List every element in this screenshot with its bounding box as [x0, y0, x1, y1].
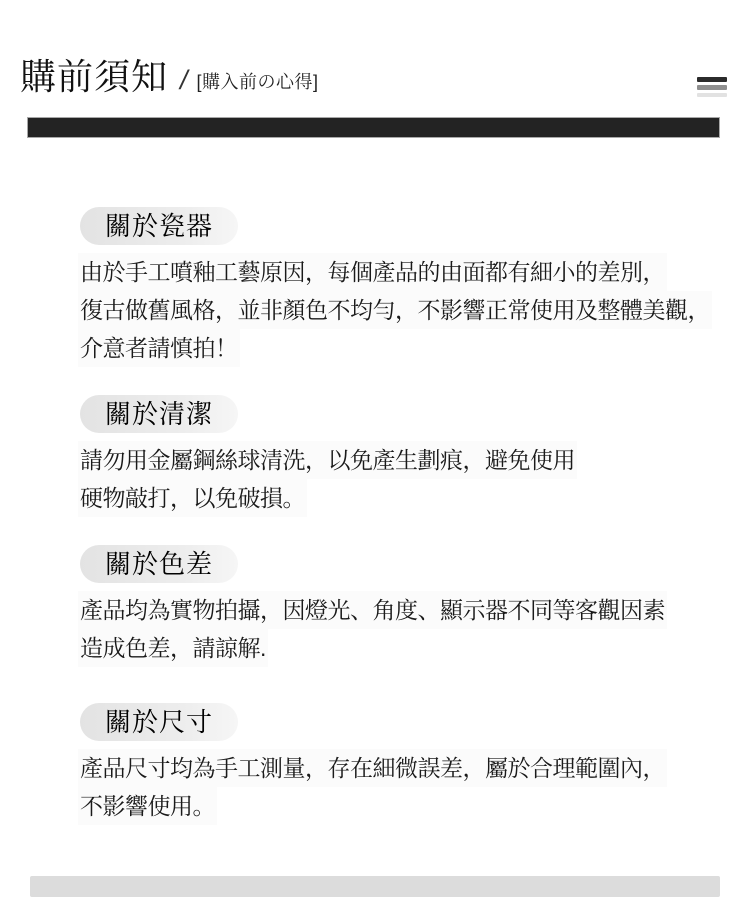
section-label-color-difference: 關於色差: [80, 545, 238, 583]
section-porcelain: 關於瓷器 由於手工噴釉工藝原因，每個產品的由面都有細小的差別， 復古做舊風格，並…: [78, 207, 720, 367]
page-subtitle: [購入前の心得]: [197, 68, 319, 94]
section-cleaning: 關於清潔 請勿用金屬鋼絲球清洗，以免產生劃痕，避免使用 硬物敲打，以免破損。: [78, 395, 720, 517]
black-divider-bar: [27, 117, 720, 138]
menu-icon-bar-bottom: [697, 85, 727, 90]
menu-icon[interactable]: [697, 77, 727, 93]
text-line: 由於手工噴釉工藝原因，每個產品的由面都有細小的差別，: [78, 253, 667, 291]
section-label-cleaning: 關於清潔: [80, 395, 238, 433]
footer-gray-bar: [30, 876, 720, 897]
section-label-porcelain: 關於瓷器: [80, 207, 238, 245]
section-text-dimensions: 產品尺寸均為手工測量，存在細微誤差，屬於合理範圍內， 不影響使用。: [78, 749, 720, 825]
page-header: 購前須知 / [購入前の心得]: [20, 55, 690, 99]
section-dimensions: 關於尺寸 產品尺寸均為手工測量，存在細微誤差，屬於合理範圍內， 不影響使用。: [78, 703, 720, 825]
section-label-dimensions: 關於尺寸: [80, 703, 238, 741]
page-title: 購前須知: [20, 55, 168, 99]
page: 購前須知 / [購入前の心得] 關於瓷器 由於手工噴釉工藝原因，每個產品的由面都…: [0, 0, 750, 899]
text-line: 介意者請慎拍！: [78, 329, 240, 367]
text-line: 請勿用金屬鋼絲球清洗，以免產生劃痕，避免使用: [78, 441, 577, 479]
menu-icon-bar-faint: [697, 93, 727, 97]
section-text-cleaning: 請勿用金屬鋼絲球清洗，以免產生劃痕，避免使用 硬物敲打，以免破損。: [78, 441, 720, 517]
section-text-porcelain: 由於手工噴釉工藝原因，每個產品的由面都有細小的差別， 復古做舊風格，並非顏色不均…: [78, 253, 720, 367]
title-separator: /: [180, 65, 188, 96]
text-line: 產品尺寸均為手工測量，存在細微誤差，屬於合理範圍內，: [78, 749, 667, 787]
text-line: 不影響使用。: [78, 787, 217, 825]
section-color-difference: 關於色差 產品均為實物拍攝，因燈光、角度、顯示器不同等客觀因素 造成色差，請諒解…: [78, 545, 720, 667]
text-line: 硬物敲打，以免破損。: [78, 479, 307, 517]
text-line: 復古做舊風格，並非顏色不均勻，不影響正常使用及整體美觀，: [78, 291, 712, 329]
text-line: 造成色差，請諒解.: [78, 629, 268, 667]
text-line: 產品均為實物拍攝，因燈光、角度、顯示器不同等客觀因素: [78, 591, 667, 629]
menu-icon-bar-top: [697, 77, 727, 82]
section-text-color-difference: 產品均為實物拍攝，因燈光、角度、顯示器不同等客觀因素 造成色差，請諒解.: [78, 591, 720, 667]
